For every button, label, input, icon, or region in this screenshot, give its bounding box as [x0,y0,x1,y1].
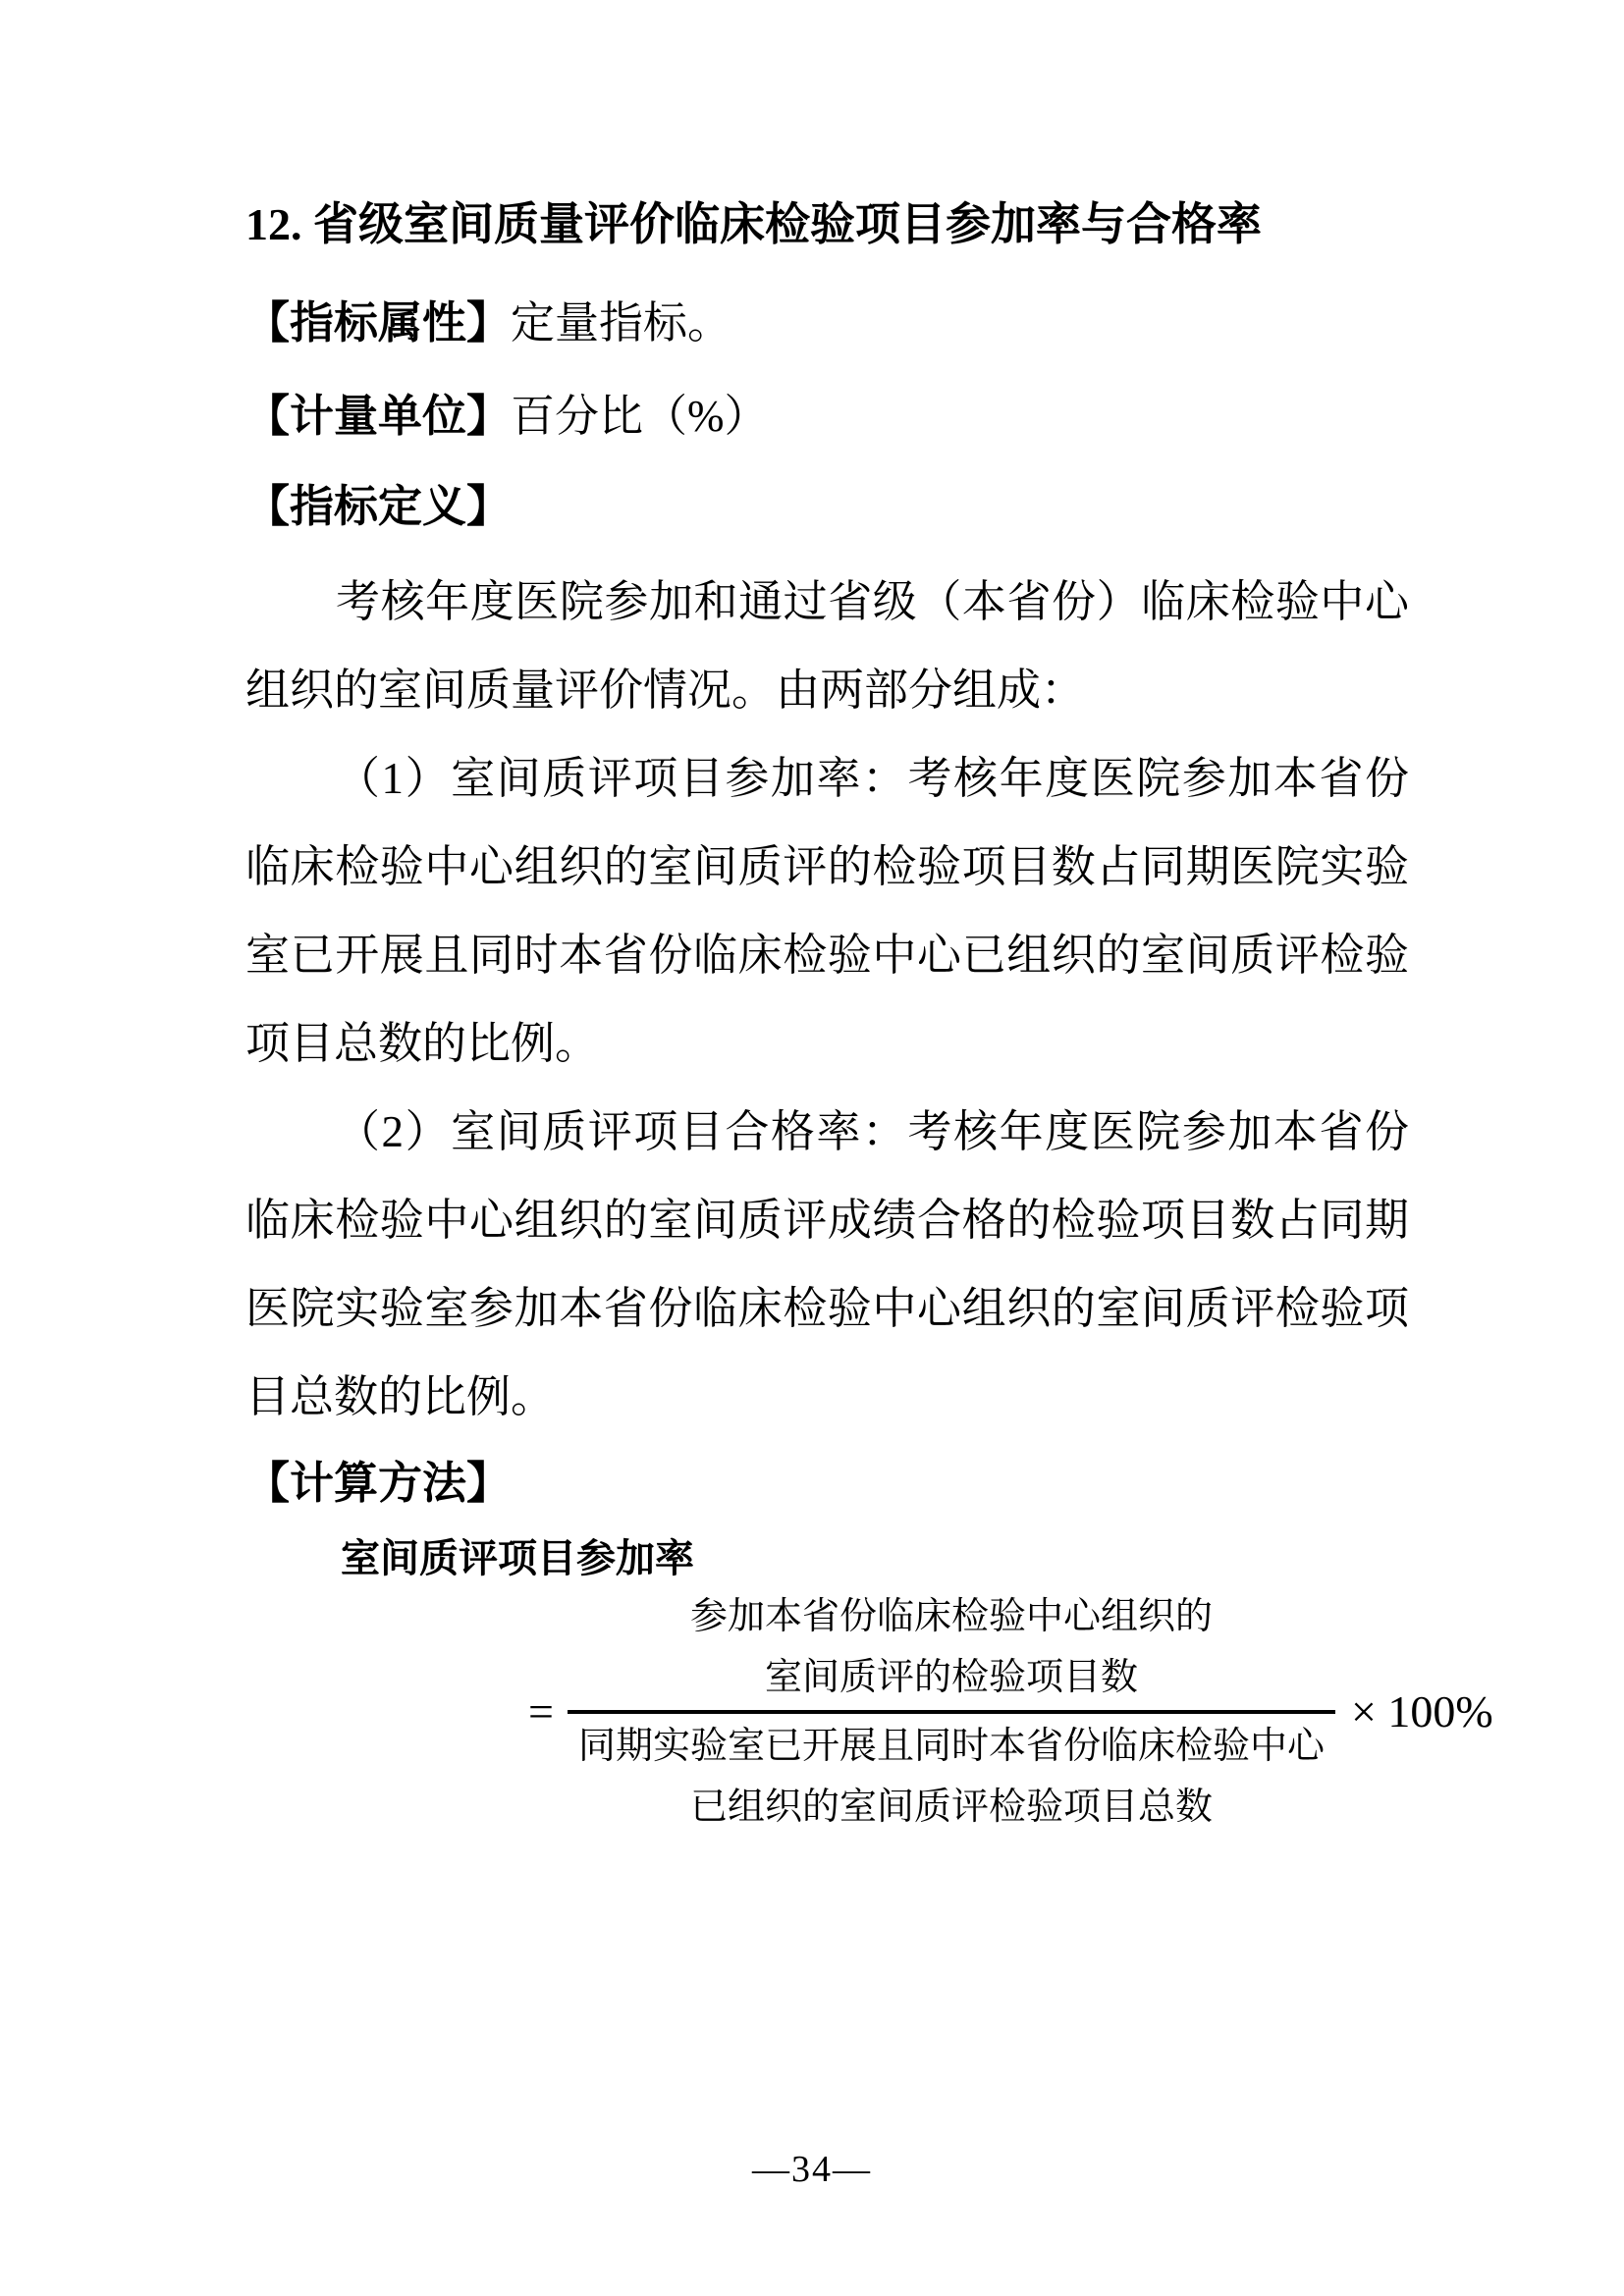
definition-item2-line: （2）室间质评项目合格率：考核年度医院参加本省份 [245,1088,1409,1176]
definition-paragraph-line: 组织的室间质量评价情况。由两部分组成： [245,646,1409,734]
definition-item2-line: 临床检验中心组织的室间质评成绩合格的检验项目数占同期 [245,1176,1409,1264]
formula-title: 室间质评项目参加率 [245,1531,1504,1586]
multiply-by-100-percent: × 100% [1351,1689,1493,1735]
indicator-definition-label: 【指标定义】 [245,482,511,531]
numerator-line: 参加本省份临床检验中心组织的 [568,1586,1335,1647]
denominator-line: 已组织的室间质评检验项目总数 [568,1777,1335,1838]
participation-rate-formula: = 参加本省份临床检验中心组织的 室间质评的检验项目数 同期实验室已开展且同时本… [528,1586,1493,1838]
denominator-line: 同期实验室已开展且同时本省份临床检验中心 [568,1716,1335,1777]
calculation-method-heading: 【计算方法】 [245,1451,1409,1516]
numerator-line: 室间质评的检验项目数 [568,1647,1335,1708]
measurement-unit-label: 【计量单位】 [245,392,511,441]
document-page: 12. 省级室间质量评价临床检验项目参加率与合格率 【指标属性】定量指标。 【计… [0,0,1624,2296]
document-title: 12. 省级室间质量评价临床检验项目参加率与合格率 [245,192,1409,257]
indicator-definition-heading: 【指标定义】 [245,474,1409,539]
definition-item2-line: 目总数的比例。 [245,1353,1409,1441]
formula-fraction: 参加本省份临床检验中心组织的 室间质评的检验项目数 同期实验室已开展且同时本省份… [568,1586,1335,1838]
definition-item2-paragraph: （2）室间质评项目合格率：考核年度医院参加本省份 临床检验中心组织的室间质评成绩… [245,1088,1409,1441]
indicator-attribute-value: 定量指标。 [511,298,731,347]
measurement-unit-value: 百分比（%） [511,392,769,441]
definition-item1-line: 临床检验中心组织的室间质评的检验项目数占同期医院实验 [245,823,1409,911]
indicator-attribute-line: 【指标属性】定量指标。 [245,291,1409,355]
equals-sign: = [528,1689,554,1735]
definition-item1-line: （1）室间质评项目参加率：考核年度医院参加本省份 [245,734,1409,823]
definition-paragraph-line: 考核年度医院参加和通过省级（本省份）临床检验中心 [245,558,1409,646]
definition-item1-line: 室已开展且同时本省份临床检验中心已组织的室间质评检验 [245,911,1409,999]
definition-paragraph: 考核年度医院参加和通过省级（本省份）临床检验中心 组织的室间质量评价情况。由两部… [245,558,1409,734]
definition-item1-paragraph: （1）室间质评项目参加率：考核年度医院参加本省份 临床检验中心组织的室间质评的检… [245,734,1409,1088]
definition-item2-line: 医院实验室参加本省份临床检验中心组织的室间质评检验项 [245,1264,1409,1353]
measurement-unit-line: 【计量单位】百分比（%） [245,384,1409,449]
calculation-method-label: 【计算方法】 [245,1459,511,1508]
definition-item1-line: 项目总数的比例。 [245,999,1409,1088]
indicator-attribute-label: 【指标属性】 [245,298,511,347]
fraction-denominator: 同期实验室已开展且同时本省份临床检验中心 已组织的室间质评检验项目总数 [568,1714,1335,1838]
fraction-numerator: 参加本省份临床检验中心组织的 室间质评的检验项目数 [568,1586,1335,1714]
page-number: —34— [0,2148,1624,2191]
